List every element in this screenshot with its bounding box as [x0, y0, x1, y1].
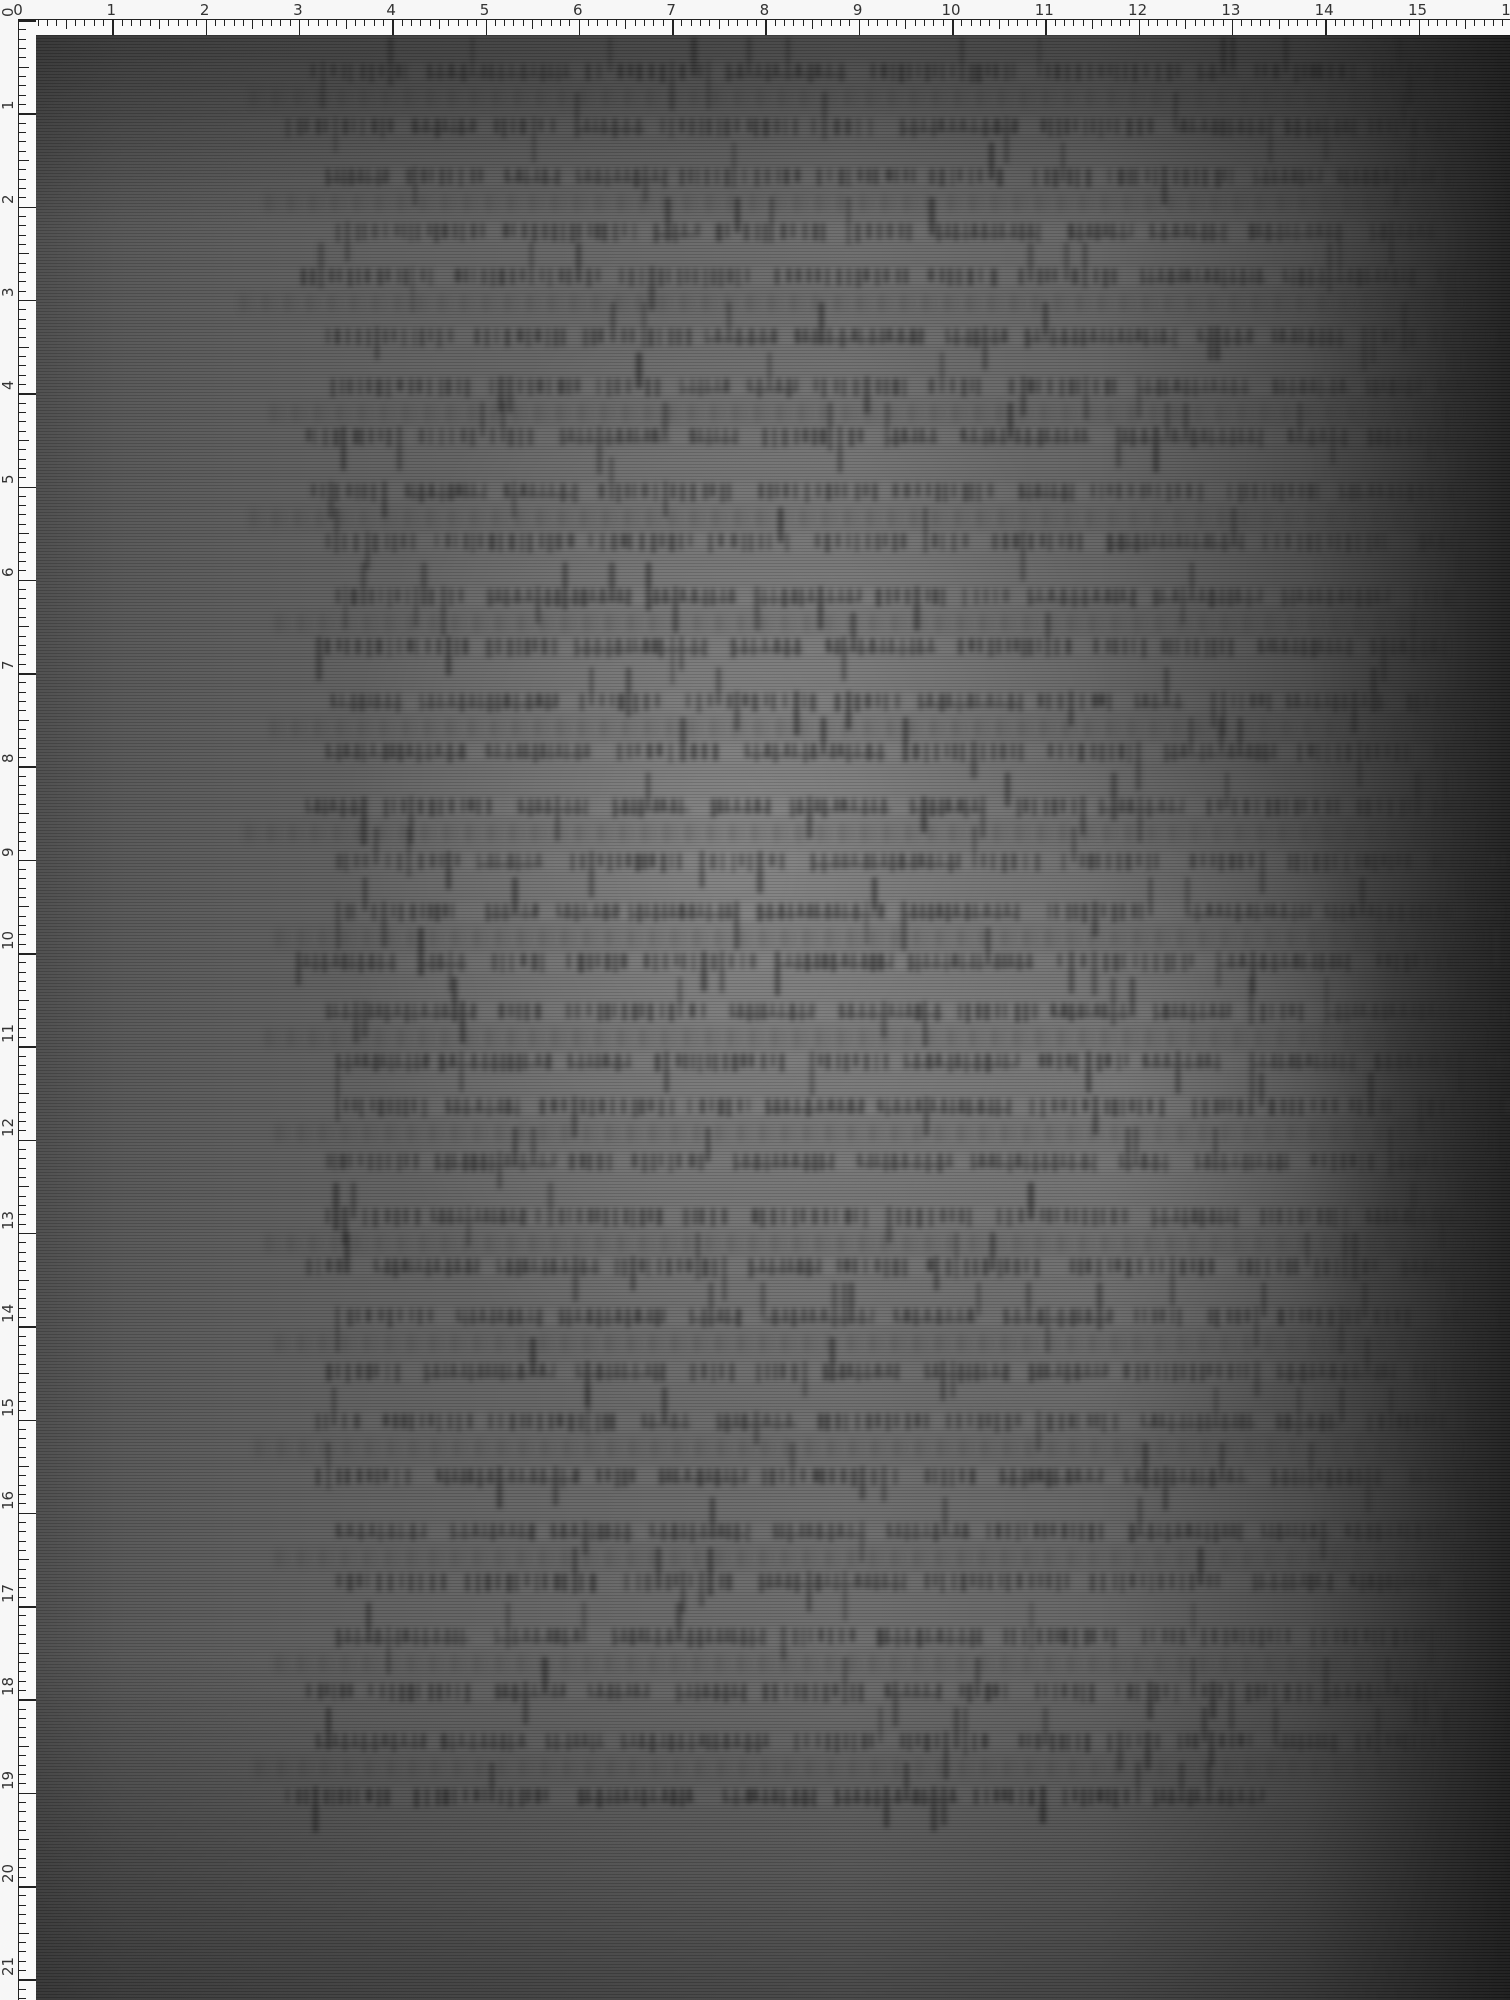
ruler-tick [887, 20, 888, 26]
ruler-label: 12 [0, 1118, 16, 1137]
ruler-tick [19, 1643, 26, 1644]
ruler-tick [19, 263, 26, 264]
ruler-tick [19, 692, 26, 693]
ruler-tick [840, 20, 841, 26]
ruler-tick [1335, 20, 1336, 26]
ruler-tick [234, 20, 235, 26]
ruler-tick [19, 1233, 36, 1235]
ruler-tick [383, 20, 384, 26]
ruler-tick [19, 20, 36, 22]
ruler-tick [19, 1158, 26, 1159]
ruler-tick [1148, 20, 1149, 26]
ruler-tick [19, 1877, 26, 1878]
ruler-tick [19, 804, 26, 805]
ruler-tick [19, 1905, 26, 1906]
ruler-tick [19, 598, 26, 599]
ruler-tick [588, 20, 589, 26]
manuscript-text-line [336, 1045, 1506, 1075]
ruler-tick [458, 20, 459, 26]
ruler-tick [243, 20, 244, 26]
ruler-tick [1111, 20, 1112, 26]
ruler-tick [579, 20, 581, 35]
ruler-tick [19, 542, 26, 543]
ruler-tick [19, 253, 29, 254]
ruler-tick [19, 197, 26, 198]
ruler-label: 12 [1128, 2, 1147, 18]
ruler-tick [19, 701, 26, 702]
ruler-tick [19, 1597, 26, 1598]
ruler-tick [19, 1606, 36, 1608]
ruler-tick [663, 20, 664, 26]
manuscript-text-line [306, 790, 1486, 820]
ruler-tick [1195, 20, 1196, 26]
show-through-text [251, 89, 1441, 107]
ruler-tick [1353, 20, 1354, 26]
manuscript-text-line [331, 370, 1481, 400]
ruler-tick [318, 20, 319, 26]
ruler-tick [112, 20, 114, 35]
ruler-label: 19 [0, 1771, 16, 1790]
ruler-tick [19, 561, 26, 562]
ruler-tick [19, 1177, 26, 1178]
ruler-tick [19, 944, 26, 945]
ruler-label: 16 [0, 1491, 16, 1510]
manuscript-text-line [336, 895, 1506, 925]
ruler-tick [19, 291, 26, 292]
ruler-tick [19, 431, 26, 432]
ruler-tick [19, 1559, 29, 1560]
ruler-tick [19, 421, 26, 422]
ruler-tick [19, 1345, 26, 1346]
ruler-tick [19, 1242, 26, 1243]
ruler-tick [19, 720, 29, 721]
ruler-tick [19, 972, 26, 973]
show-through-text [246, 824, 1466, 842]
ruler-tick [980, 20, 981, 26]
ruler-tick [19, 132, 26, 133]
manuscript-text-line [336, 1515, 1486, 1545]
ruler-tick [19, 1205, 26, 1206]
ruler-tick [19, 1923, 26, 1924]
ruler-tick [19, 1056, 26, 1057]
ruler-tick [19, 1961, 26, 1962]
ruler-tick [280, 20, 281, 26]
manuscript-text-line [306, 1250, 1486, 1280]
ruler-tick [1316, 20, 1317, 26]
ruler-tick [1251, 20, 1252, 26]
ruler-tick [19, 645, 26, 646]
ruler-label: 7 [666, 2, 676, 18]
ruler-label: 1 [107, 2, 117, 18]
ruler-label: 4 [0, 381, 16, 391]
ruler-tick [19, 1531, 26, 1532]
ruler-tick [19, 1000, 29, 1001]
ruler-tick [159, 20, 160, 29]
ruler-tick [765, 20, 767, 35]
ruler-tick [19, 356, 26, 357]
ruler-tick [19, 1140, 36, 1142]
ruler-tick [19, 1046, 36, 1048]
ruler-tick [19, 878, 26, 879]
manuscript-text-line [331, 685, 1491, 715]
ruler-tick [19, 347, 29, 348]
ruler-tick [19, 1317, 26, 1318]
manuscript-text-line [326, 735, 1496, 765]
ruler-tick [19, 76, 26, 77]
ruler-tick [430, 20, 431, 26]
manuscript-text-line [336, 845, 1510, 875]
ruler-tick [737, 20, 738, 26]
ruler-tick [19, 403, 26, 404]
ruler-tick [19, 244, 26, 245]
ruler-tick [19, 552, 26, 553]
ruler-tick [19, 794, 26, 795]
ruler-tick [19, 1765, 26, 1766]
ruler-tick [1036, 20, 1037, 26]
manuscript-text-line [326, 1355, 1486, 1385]
manuscript-text-line [326, 1200, 1496, 1230]
ruler-tick [19, 477, 26, 478]
ruler-tick [411, 20, 412, 26]
ruler-tick [19, 1494, 26, 1495]
ruler-tick [1409, 20, 1410, 26]
ruler-label: 10 [941, 2, 960, 18]
ruler-tick [19, 1699, 36, 1701]
ruler-tick [1437, 20, 1438, 26]
horizontal-ruler [18, 19, 1510, 35]
ruler-tick [19, 1951, 26, 1952]
ruler-tick [19, 1466, 29, 1467]
ruler-tick [187, 20, 188, 26]
manuscript-text-line [311, 475, 1471, 505]
ruler-tick [19, 1186, 29, 1187]
manuscript-text-line [311, 55, 1461, 85]
ruler-tick [19, 300, 36, 302]
ruler-tick [1027, 20, 1028, 26]
ruler-tick [19, 897, 26, 898]
ruler-tick [19, 1130, 26, 1131]
ruler-label: 1 [0, 101, 16, 111]
ruler-tick [19, 514, 26, 515]
ruler-tick [19, 1028, 26, 1029]
ruler-tick [1372, 20, 1373, 29]
ruler-tick [299, 20, 301, 35]
ruler-tick [19, 1336, 26, 1337]
ruler-label: 11 [1035, 2, 1054, 18]
ruler-tick [1446, 20, 1447, 26]
ruler-tick [19, 580, 36, 582]
ruler-tick [19, 1373, 29, 1374]
ruler-tick [178, 20, 179, 26]
ruler-tick [47, 20, 48, 26]
ruler-tick [905, 20, 906, 29]
ruler-tick [56, 20, 57, 26]
ruler-tick [467, 20, 468, 26]
ruler-tick [793, 20, 794, 26]
ruler-tick [1129, 20, 1130, 26]
ruler-tick [84, 20, 85, 26]
ruler-tick [1428, 20, 1429, 26]
ruler-tick [532, 20, 533, 29]
ruler-tick [19, 1382, 26, 1383]
show-through-text [276, 1124, 1486, 1142]
ruler-tick [747, 20, 748, 26]
ruler-tick [19, 1578, 26, 1579]
ruler-tick [364, 20, 365, 26]
ruler-tick [19, 1849, 26, 1850]
ruler-tick [803, 20, 804, 26]
ruler-label: 4 [386, 2, 396, 18]
ruler-tick [19, 850, 26, 851]
show-through-text [266, 194, 1426, 212]
manuscript-text-line [326, 1145, 1506, 1175]
ruler-tick [999, 20, 1000, 29]
ruler-tick [19, 1485, 26, 1486]
ruler-tick [19, 1065, 26, 1066]
ruler-tick [896, 20, 897, 26]
ruler-tick [1045, 20, 1047, 35]
manuscript-text-line [316, 1725, 1446, 1755]
ruler-tick [19, 1354, 26, 1355]
ruler-tick [19, 1821, 26, 1822]
manuscript-text-line [326, 995, 1506, 1025]
ruler-tick [551, 20, 552, 26]
ruler-tick [989, 20, 990, 26]
show-through-text [276, 1654, 1426, 1672]
ruler-tick [1474, 20, 1475, 26]
ruler-tick [271, 20, 272, 26]
ruler-tick [1297, 20, 1298, 26]
show-through-text [241, 294, 1471, 312]
ruler-tick [19, 1783, 26, 1784]
ruler-tick [19, 906, 29, 907]
ruler-tick [1176, 20, 1177, 26]
ruler-label: 0 [0, 7, 16, 17]
ruler-tick [19, 636, 26, 637]
ruler-tick [1017, 20, 1018, 26]
ruler-tick [19, 57, 26, 58]
ruler-tick [495, 20, 496, 26]
ruler-tick [448, 20, 449, 26]
ruler-tick [374, 20, 375, 26]
manuscript-text-line [326, 525, 1466, 555]
ruler-label: 20 [0, 1864, 16, 1883]
ruler-tick [19, 1634, 26, 1635]
ruler-tick [19, 328, 26, 329]
ruler-tick [19, 496, 26, 497]
ruler-tick [19, 776, 26, 777]
manuscript-text-line [306, 1675, 1436, 1705]
ruler-tick [784, 20, 785, 26]
ruler-tick [19, 1737, 26, 1738]
ruler-tick [19, 953, 36, 955]
ruler-tick [19, 468, 26, 469]
ruler-tick [1204, 20, 1205, 26]
ruler-label: 3 [0, 287, 16, 297]
ruler-tick [19, 160, 29, 161]
ruler-tick [140, 20, 141, 26]
ruler-tick [19, 216, 26, 217]
ruler-tick [19, 1420, 36, 1422]
ruler-tick [513, 20, 514, 26]
ruler-tick [19, 1401, 26, 1402]
ruler-tick [19, 608, 26, 609]
ruler-tick [943, 20, 944, 26]
ruler-tick [66, 20, 67, 29]
ruler-tick [644, 20, 645, 26]
ruler-tick [1493, 20, 1494, 26]
ruler-tick [1279, 20, 1280, 29]
ruler-tick [19, 664, 26, 665]
ruler-tick [19, 188, 26, 189]
ruler-tick [812, 20, 813, 29]
ruler-tick [1064, 20, 1065, 26]
ruler-tick [19, 682, 26, 683]
vertical-ruler [18, 19, 36, 2000]
ruler-tick [19, 1942, 26, 1943]
ruler-tick [19, 235, 26, 236]
ruler-tick [19, 1662, 26, 1663]
ruler-tick [719, 20, 720, 29]
ruler-tick [19, 505, 26, 506]
ruler-tick [19, 1867, 26, 1868]
ruler-tick [262, 20, 263, 26]
ruler-tick [19, 570, 26, 571]
ruler-tick [1241, 20, 1242, 26]
ruler-tick [19, 757, 26, 758]
ruler-tick [1120, 20, 1121, 26]
ruler-tick [1083, 20, 1084, 26]
ruler-tick [961, 20, 962, 26]
ruler-tick [569, 20, 570, 26]
ruler-tick [19, 1410, 26, 1411]
ruler-tick [831, 20, 832, 26]
ruler-tick [523, 20, 524, 26]
ruler-tick [775, 20, 776, 26]
ruler-tick [19, 524, 26, 525]
ruler-tick [19, 1298, 26, 1299]
ruler-tick [1465, 20, 1466, 29]
ruler-tick [1363, 20, 1364, 26]
ruler-tick [94, 20, 95, 26]
ruler-tick [19, 95, 26, 96]
ruler-tick [19, 1998, 26, 1999]
ruler-tick [19, 281, 26, 282]
ruler-tick [635, 20, 636, 26]
ruler-tick [19, 1681, 26, 1682]
ruler-tick [19, 1979, 36, 1981]
ruler-label: 17 [0, 1584, 16, 1603]
ruler-tick [19, 67, 29, 68]
ruler-tick [19, 1503, 26, 1504]
ruler-tick [19, 1289, 26, 1290]
ruler-label: 13 [0, 1211, 16, 1230]
ruler-tick [19, 832, 26, 833]
ruler-label: 14 [0, 1304, 16, 1323]
ruler-tick [607, 20, 608, 26]
ruler-tick [1101, 20, 1102, 26]
manuscript-text-line [336, 1565, 1466, 1595]
ruler-tick [19, 748, 26, 749]
ruler-label: 16 [1501, 2, 1510, 18]
ruler-tick [19, 981, 26, 982]
ruler-tick [19, 654, 26, 655]
ruler-tick [19, 1364, 26, 1365]
manuscript-text-line [286, 1780, 1286, 1810]
ruler-tick [1008, 20, 1009, 26]
ruler-tick [19, 1970, 26, 1971]
ruler-label: 8 [0, 754, 16, 764]
ruler-tick [672, 20, 674, 35]
ruler-tick [19, 113, 36, 115]
ruler-tick [336, 20, 337, 26]
ruler-label: 5 [0, 474, 16, 484]
ruler-tick [19, 1214, 26, 1215]
ruler-tick [19, 617, 26, 618]
ruler-tick [19, 1009, 26, 1010]
ruler-tick [915, 20, 916, 26]
ruler-tick [1456, 20, 1457, 26]
ruler-tick [19, 1093, 29, 1094]
ruler-tick [19, 1475, 26, 1476]
ruler-tick [19, 729, 26, 730]
ruler-tick [1185, 20, 1186, 29]
ruler-tick [19, 365, 26, 366]
ruler-tick [19, 1102, 26, 1103]
ruler-tick [19, 1727, 26, 1728]
ruler-label: 14 [1315, 2, 1334, 18]
ruler-tick [19, 1671, 26, 1672]
ruler-label: 9 [853, 2, 863, 18]
ruler-tick [19, 1569, 26, 1570]
ruler-tick [19, 1326, 36, 1328]
ruler-tick [1307, 20, 1308, 26]
ruler-tick [19, 1270, 26, 1271]
show-through-text [276, 1334, 1476, 1352]
ruler-tick [700, 20, 701, 26]
ruler-tick [168, 20, 169, 26]
ruler-tick [1484, 20, 1485, 26]
ruler-tick [504, 20, 505, 26]
ruler-label: 13 [1221, 2, 1240, 18]
manuscript-text-line [336, 580, 1456, 610]
manuscript-image [36, 35, 1510, 2000]
ruler-tick [103, 20, 104, 26]
ruler-tick [420, 20, 421, 26]
ruler-label: 3 [293, 2, 303, 18]
manuscript-text-block [36, 35, 1510, 2000]
manuscript-text-line [306, 420, 1486, 450]
ruler-tick [19, 1149, 26, 1150]
ruler-tick [19, 1308, 26, 1309]
ruler-tick [38, 20, 39, 26]
ruler-tick [877, 20, 878, 26]
ruler-tick [1419, 20, 1421, 35]
ruler-tick [19, 1755, 26, 1756]
ruler-tick [19, 1196, 26, 1197]
ruler-tick [19, 1989, 26, 1990]
ruler-tick [19, 48, 26, 49]
ruler-tick [859, 20, 861, 35]
ruler-tick [19, 1522, 26, 1523]
ruler-tick [19, 319, 26, 320]
ruler-tick [19, 1625, 26, 1626]
ruler-tick [19, 589, 26, 590]
ruler-tick [19, 1802, 26, 1803]
manuscript-text-line [326, 160, 1446, 190]
ruler-label: 2 [200, 2, 210, 18]
ruler-tick [19, 123, 26, 124]
